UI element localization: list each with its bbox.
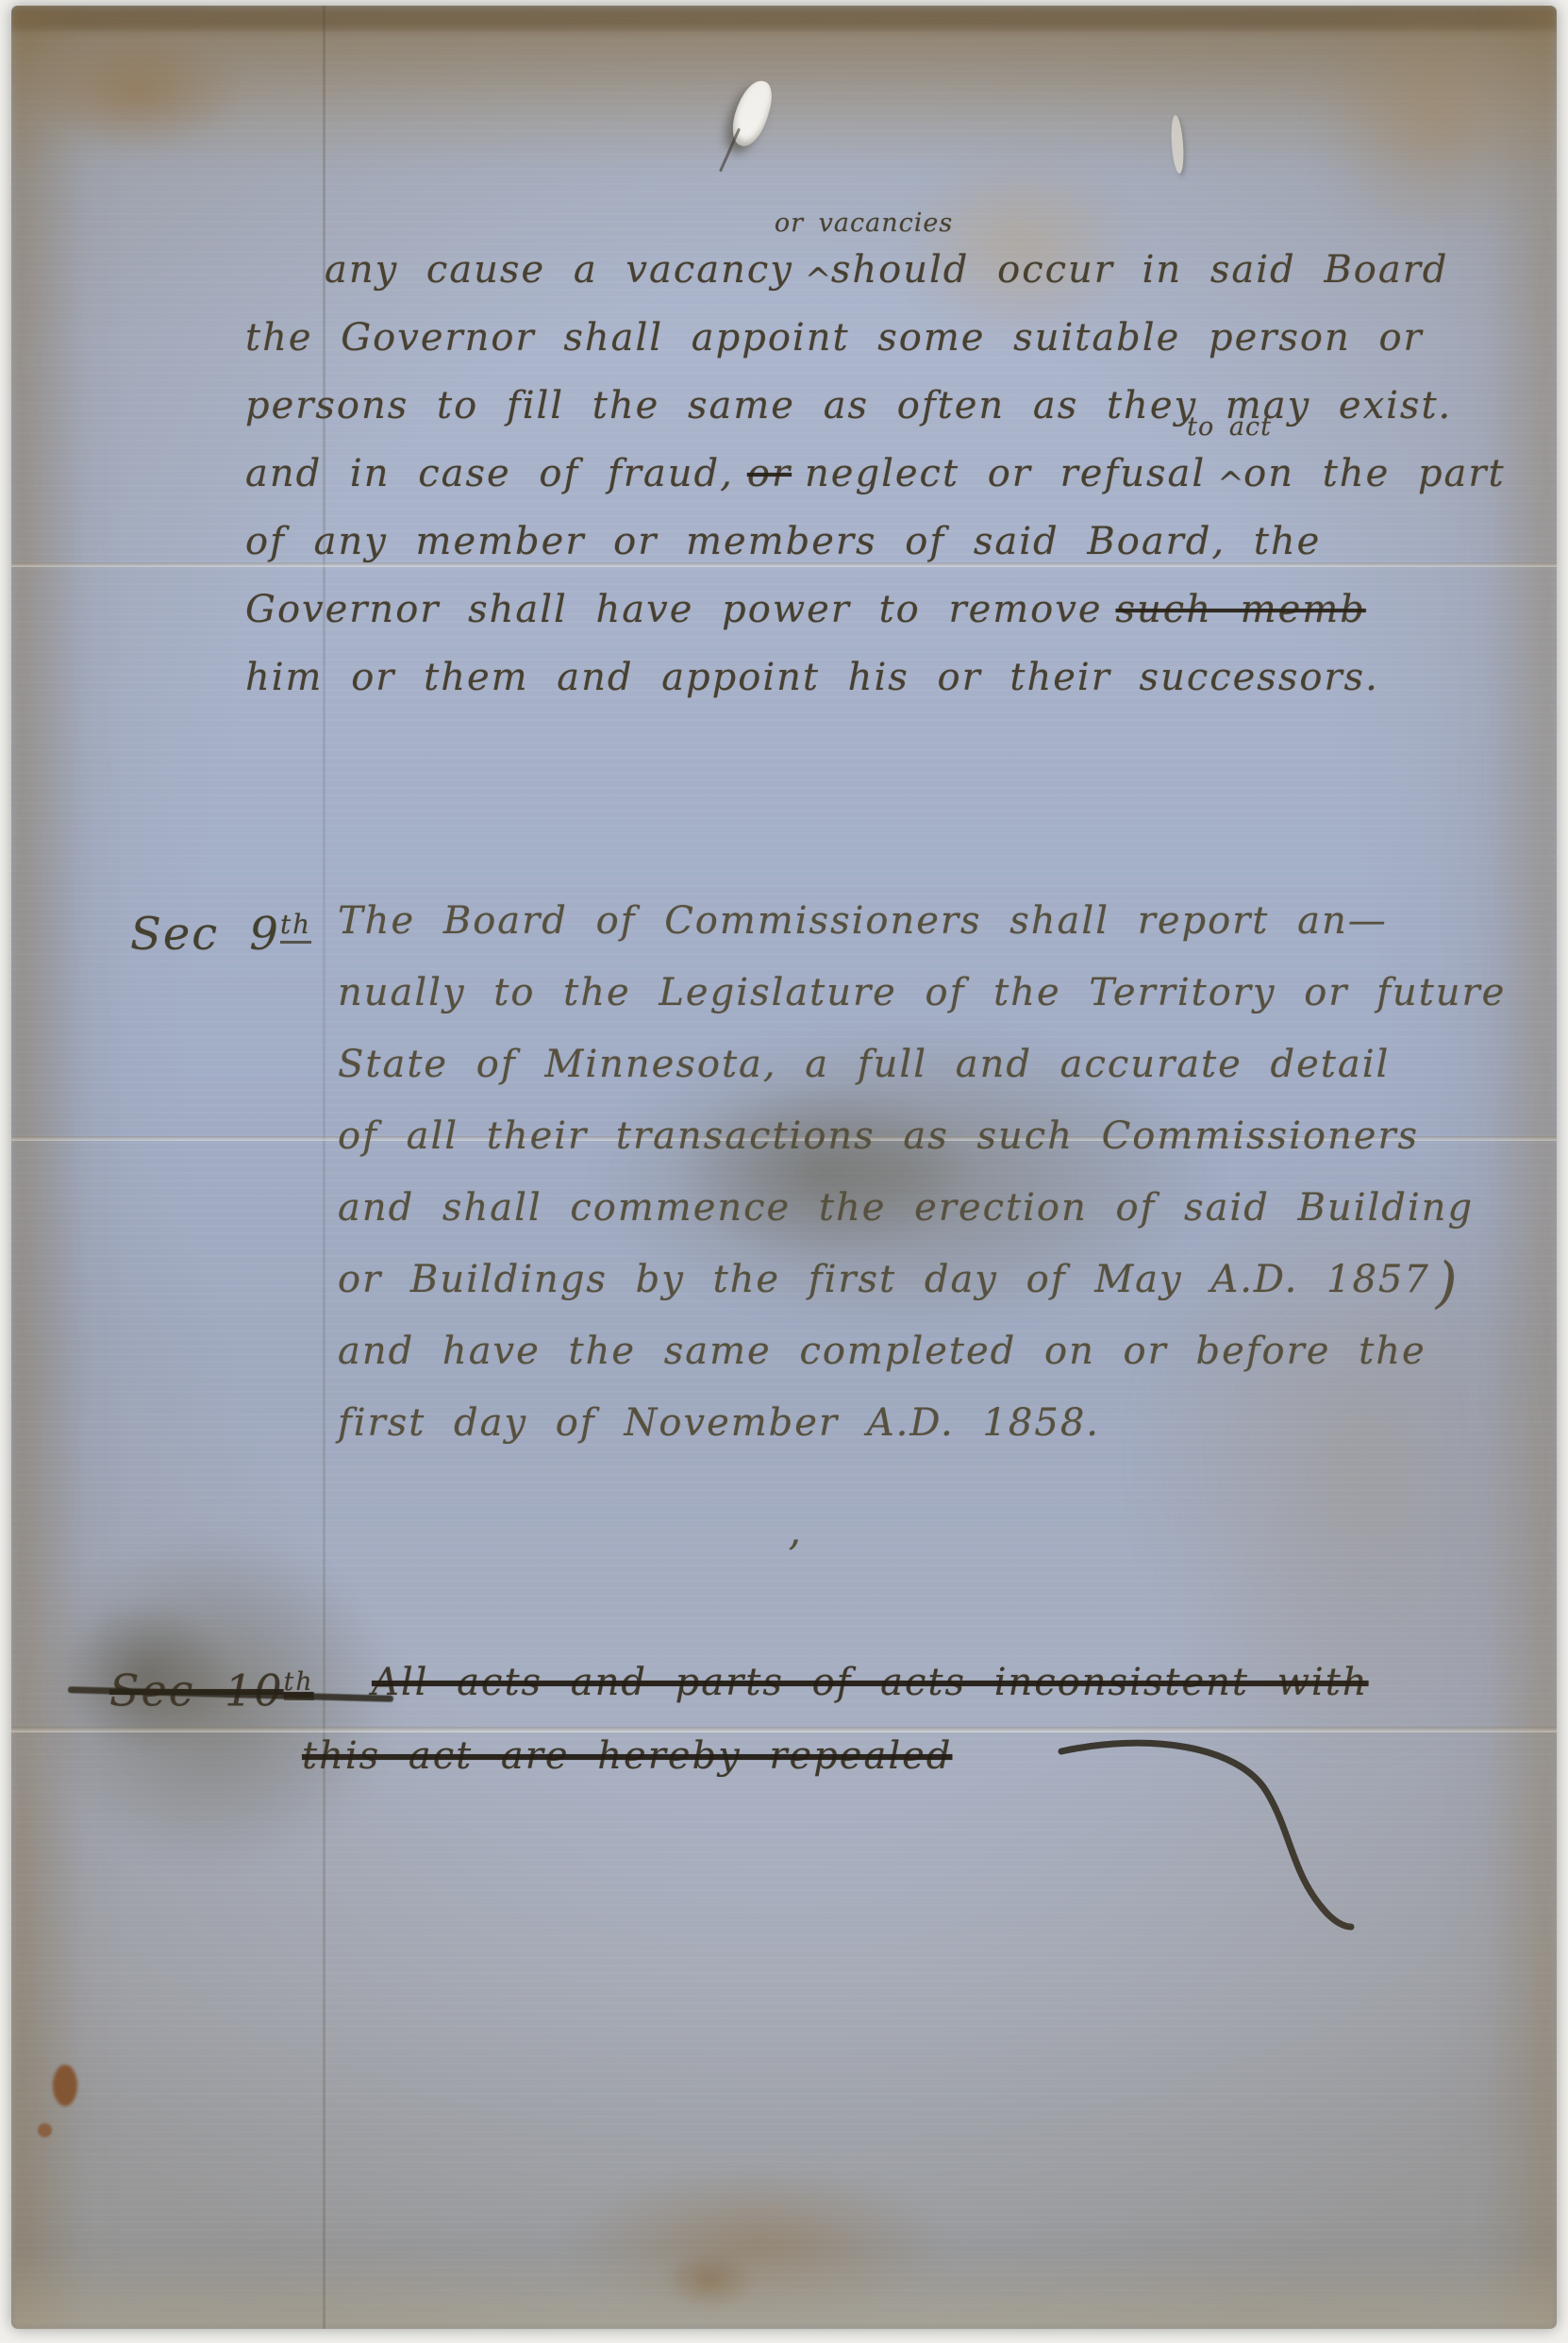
- section-10-label: Sec 10th: [109, 1646, 314, 1719]
- line-text: of all their transactions as such Commis…: [338, 1114, 1419, 1158]
- rust-spot-small: [38, 2123, 52, 2137]
- flourish-mark: ): [1436, 1250, 1460, 1314]
- inserted-text: or vacancies: [775, 190, 953, 258]
- scan-background: { "meta": { "description": "Handwritten …: [0, 0, 1568, 2343]
- caret-mark: ^: [805, 246, 834, 314]
- ordinal-suffix: th: [280, 909, 311, 944]
- handwritten-line: and have the same completed on or before…: [338, 1315, 1557, 1387]
- strikethrough-text: this act are hereby repealed: [302, 1734, 952, 1778]
- line-text: him or them and appoint his or their suc…: [245, 656, 1379, 699]
- section-9-label: Sec 9th: [130, 889, 311, 961]
- stain-bottom-spot: [662, 2251, 757, 2312]
- section-number: Sec 9: [130, 908, 280, 961]
- stain-bottom-band: [11, 2248, 1557, 2329]
- stain-top-right: [1313, 6, 1557, 242]
- line-text: Governor shall have power to remove: [245, 588, 1103, 631]
- line-text: and have the same completed on or before…: [338, 1330, 1426, 1373]
- handwritten-line: The Board of Commissioners shall report …: [338, 885, 1557, 957]
- line-text: the Governor shall appoint some suitable…: [245, 316, 1424, 360]
- handwritten-line: him or them and appoint his or their suc…: [245, 644, 1528, 711]
- line-text: and shall commence the erection of said …: [338, 1186, 1474, 1230]
- line-text: first day of November A.D. 1858.: [338, 1401, 1100, 1445]
- strikethrough-text: such memb: [1116, 588, 1366, 631]
- line-text: of any member or members of said Board, …: [245, 520, 1321, 563]
- line-text: any cause a vacancy: [325, 248, 793, 292]
- caret-mark: ^: [1217, 450, 1246, 518]
- line-text: or Buildings by the first day of May A.D…: [338, 1258, 1430, 1301]
- stain-top-edge: [11, 6, 1557, 30]
- stain-top-left: [28, 30, 245, 153]
- strikethrough-text: All acts and parts of acts inconsistent …: [372, 1661, 1369, 1704]
- handwritten-line: and shall commence the erection of said …: [338, 1172, 1557, 1244]
- handwritten-line: Governor shall have power to removesuch …: [245, 576, 1528, 644]
- closing-flourish: [1044, 1725, 1356, 1947]
- handwritten-line: and in case of fraud,orneglect or refusa…: [245, 440, 1528, 508]
- line-text: and in case of fraud,: [245, 452, 734, 495]
- stray-ink-mark: ’: [787, 1531, 801, 1582]
- pin-hole-shadow: [719, 128, 741, 173]
- line-text: State of Minnesota, a full and accurate …: [338, 1043, 1390, 1086]
- paragraph-governor-powers: any cause a vacancyor vacancies^should o…: [245, 236, 1528, 711]
- line-text: nually to the Legislature of the Territo…: [338, 971, 1506, 1014]
- handwritten-line: of all their transactions as such Commis…: [338, 1100, 1557, 1172]
- handwritten-line: All acts and parts of acts inconsistent …: [372, 1646, 1369, 1719]
- stain-left-edge: [11, 6, 87, 2329]
- pin-slit: [1170, 115, 1185, 175]
- handwritten-line: any cause a vacancyor vacancies^should o…: [245, 236, 1528, 304]
- line-text: on the part: [1243, 452, 1505, 495]
- line-text: The Board of Commissioners shall report …: [338, 899, 1388, 943]
- handwritten-line: the Governor shall appoint some suitable…: [245, 304, 1528, 372]
- handwritten-line: of any member or members of said Board, …: [245, 508, 1528, 576]
- handwritten-line: or Buildings by the first day of May A.D…: [338, 1244, 1557, 1315]
- handwritten-line: State of Minnesota, a full and accurate …: [338, 1029, 1557, 1100]
- handwritten-line: nually to the Legislature of the Territo…: [338, 957, 1557, 1029]
- strikethrough-text: or: [747, 452, 792, 495]
- stain-bottom-center: [568, 2167, 945, 2327]
- line-text: neglect or refusal: [805, 452, 1206, 495]
- rust-spot: [53, 2065, 77, 2106]
- handwritten-line: persons to fill the same as often as the…: [245, 372, 1528, 440]
- manuscript-page: any cause a vacancyor vacancies^should o…: [11, 6, 1557, 2329]
- handwritten-line: first day of November A.D. 1858.: [338, 1387, 1557, 1459]
- stain-top-strip: [11, 6, 1557, 171]
- section-9-body: The Board of Commissioners shall report …: [338, 885, 1557, 1459]
